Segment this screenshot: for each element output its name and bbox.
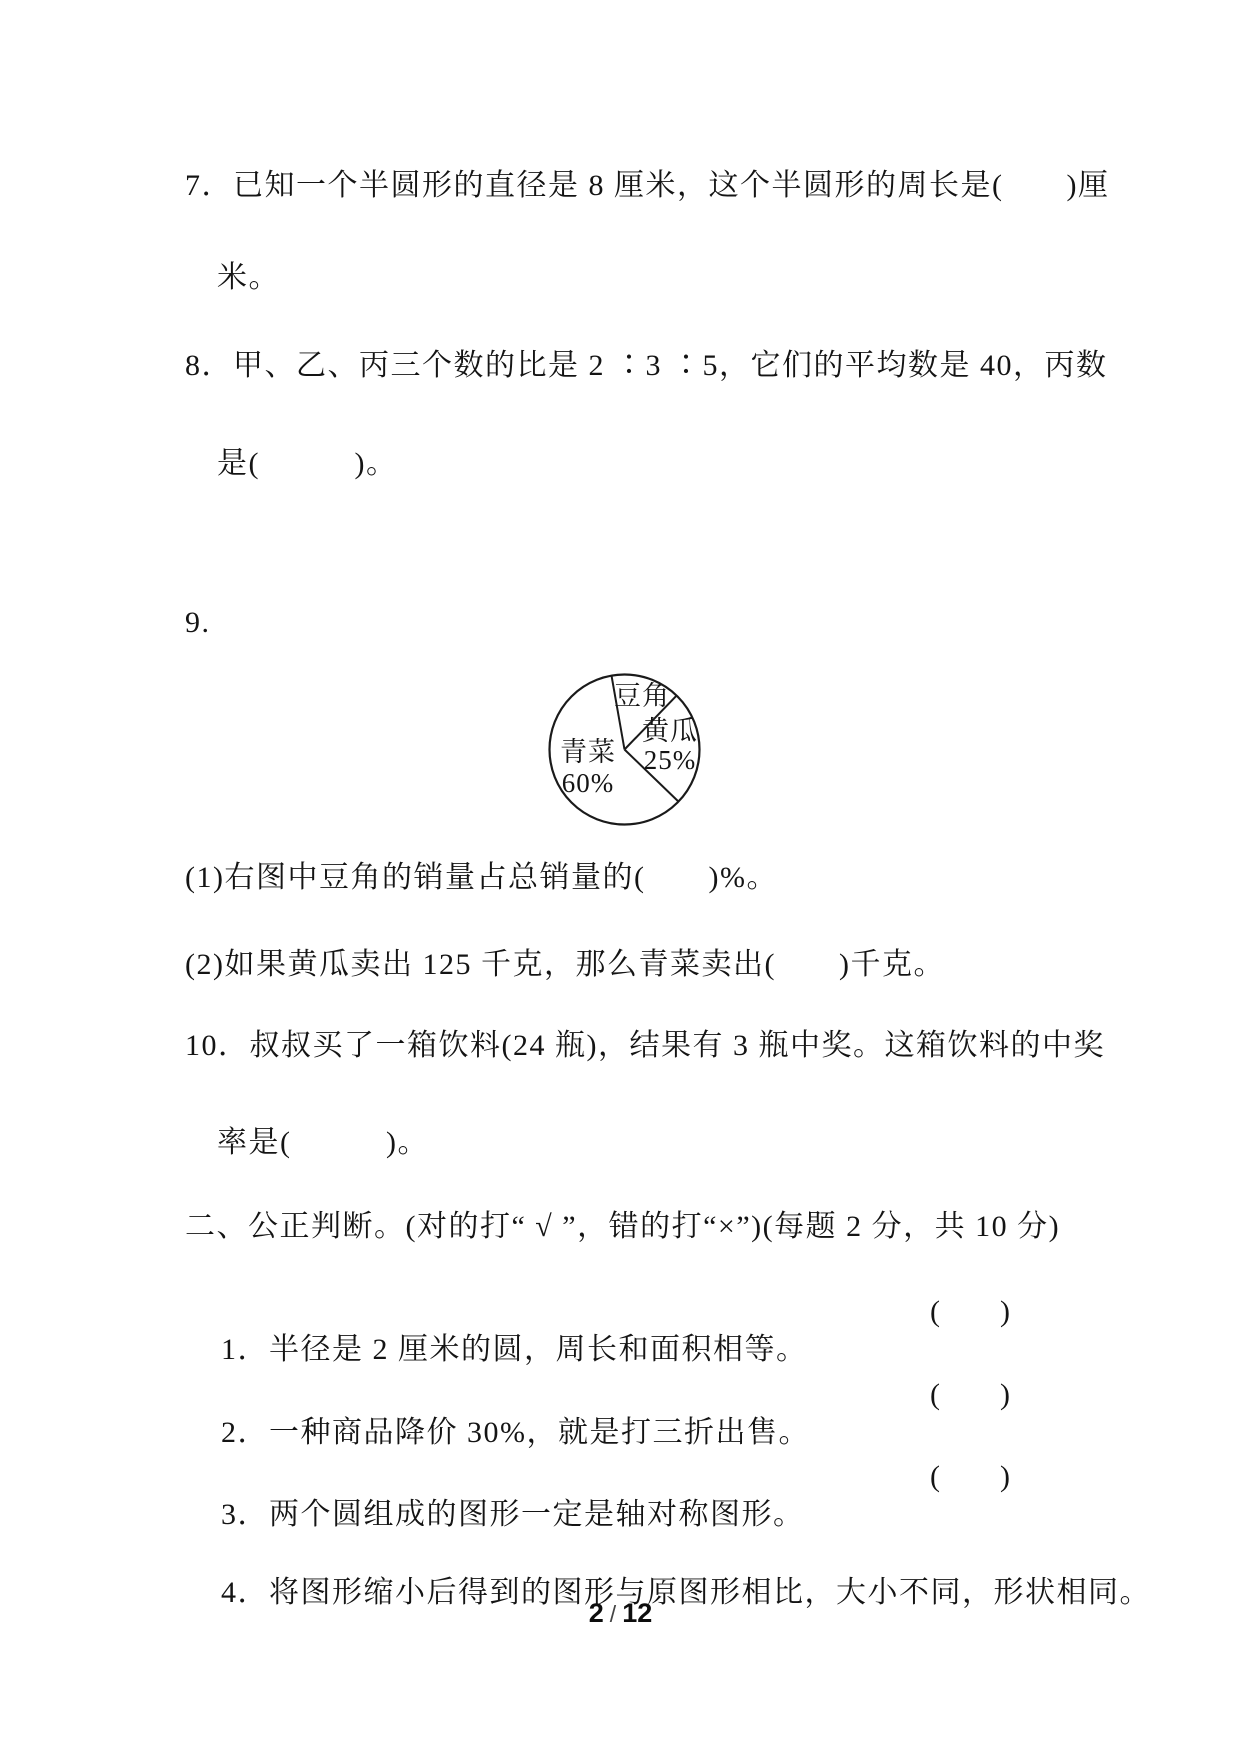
judge-item-1-text: 1．半径是 2 厘米的圆，周长和面积相等。 <box>221 1333 808 1366</box>
question-9-sub-2: (2)如果黄瓜卖出 125 千克，那么青菜卖出( )千克。 <box>185 946 945 984</box>
judge-item-3-text: 3．两个圆组成的图形一定是轴对称图形。 <box>221 1498 805 1531</box>
pie-label-huanggua: 黄瓜 <box>642 716 698 746</box>
pie-label-doujiao: 豆角 <box>614 681 670 711</box>
pie-label-qingcai: 青菜 <box>560 737 616 767</box>
question-8-line-2: 是( )。 <box>217 445 397 483</box>
question-7-line-1: 7．已知一个半圆形的直径是 8 厘米，这个半圆形的周长是( )厘 <box>185 167 1109 205</box>
page-number-separator: / <box>604 1601 622 1627</box>
judge-item-2-answer-paren: ( ) <box>930 1376 1010 1414</box>
pie-percent-qingcai: 60% <box>562 768 615 798</box>
judge-item-1-answer-paren: ( ) <box>930 1293 1010 1331</box>
question-8-line-1: 8．甲、乙、丙三个数的比是 2 ∶3 ∶5，它们的平均数是 40，丙数 <box>185 347 1108 385</box>
pie-chart: 豆角 黄瓜 25% 青菜 60% <box>540 665 710 835</box>
judge-item-4: 4．将图形缩小后得到的图形与原图形相比，大小不同，形状相同。 <box>185 1536 1195 1650</box>
page-number-current: 2 <box>589 1598 604 1628</box>
question-10-line-1: 10．叔叔买了一箱饮料(24 瓶)，结果有 3 瓶中奖。这箱饮料的中奖 <box>185 1027 1105 1065</box>
section-2-header: 二、公正判断。(对的打“ √ ”，错的打“×”)(每题 2 分，共 10 分) <box>185 1208 1060 1246</box>
question-9-number: 9. <box>185 604 211 642</box>
page-footer: 2/12 <box>0 1598 1241 1629</box>
question-7-line-2: 米。 <box>217 259 280 297</box>
question-9-sub-1: (1)右图中豆角的销量占总销量的( )%。 <box>185 859 778 897</box>
pie-percent-huanggua: 25% <box>644 745 697 775</box>
exam-page: 7．已知一个半圆形的直径是 8 厘米，这个半圆形的周长是( )厘 米。 8．甲、… <box>0 0 1241 1754</box>
judge-item-2-text: 2．一种商品降价 30%，就是打三折出售。 <box>221 1416 810 1449</box>
judge-item-3-answer-paren: ( ) <box>930 1458 1010 1496</box>
page-number-total: 12 <box>622 1598 652 1628</box>
question-10-line-2: 率是( )。 <box>217 1124 429 1162</box>
